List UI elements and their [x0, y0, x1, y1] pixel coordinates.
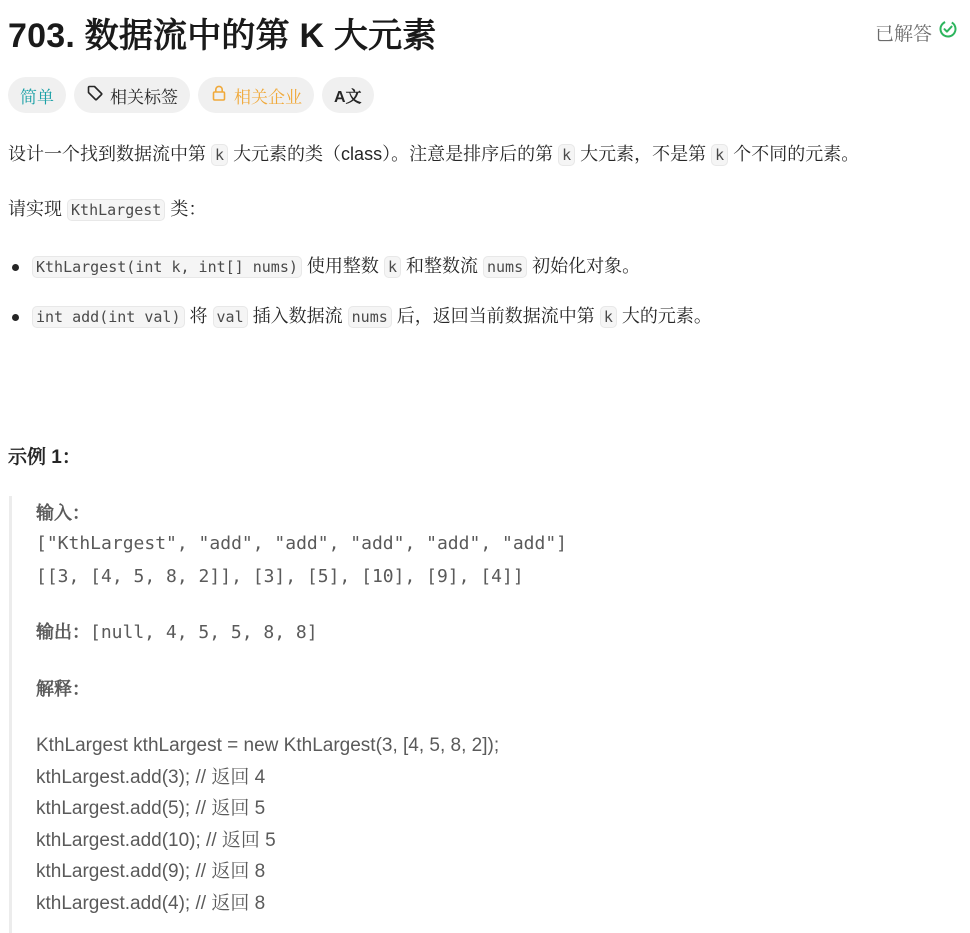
text: 和整数流	[406, 256, 478, 276]
output-label: 输出：	[36, 622, 90, 642]
explain-line: kthLargest.add(4); // 返回 8	[36, 888, 499, 920]
inline-code: val	[213, 306, 248, 328]
check-circle-icon	[938, 19, 958, 45]
problem-title[interactable]: 703. 数据流中的第 K 大元素	[8, 8, 436, 57]
example-title: 示例 1：	[8, 442, 81, 469]
related-companies-button[interactable]: 相关企业	[198, 77, 314, 113]
related-topics-button[interactable]: 相关标签	[74, 77, 190, 113]
inline-code: nums	[348, 306, 392, 328]
solved-status: 已解答	[875, 19, 958, 46]
text: 大元素的类（class）。注意是排序后的第	[233, 144, 553, 164]
inline-code: k	[711, 144, 728, 166]
text: 大元素，不是第	[580, 144, 706, 164]
related-companies-label: 相关企业	[234, 83, 302, 108]
title-row: 703. 数据流中的第 K 大元素 已解答	[8, 8, 960, 56]
tag-row: 简单 相关标签 相关企业 A文	[8, 77, 374, 113]
inline-code: nums	[483, 256, 527, 278]
explain-line: kthLargest.add(3); // 返回 4	[36, 762, 499, 794]
text: 大的元素。	[622, 306, 712, 326]
inline-code: int add(int val)	[32, 306, 185, 328]
text: 后，返回当前数据流中第	[397, 306, 595, 326]
explain-line: kthLargest.add(10); // 返回 5	[36, 825, 499, 857]
translate-button[interactable]: A文	[322, 77, 374, 113]
explain-label: 解释：	[36, 674, 90, 704]
inline-code: KthLargest(int k, int[] nums)	[32, 256, 302, 278]
difficulty-badge[interactable]: 简单	[8, 77, 66, 113]
text: 插入数据流	[253, 306, 343, 326]
inline-code: KthLargest	[67, 199, 165, 221]
inline-code: k	[600, 306, 617, 328]
text: 个不同的元素。	[733, 144, 859, 164]
example-block: 输入： ["KthLargest", "add", "add", "add", …	[9, 496, 959, 933]
problem-description: 设计一个找到数据流中第 k 大元素的类（class）。注意是排序后的第 k 大元…	[8, 138, 958, 350]
explain-line: kthLargest.add(9); // 返回 8	[36, 856, 499, 888]
text: 将	[190, 306, 208, 326]
related-topics-label: 相关标签	[110, 83, 178, 108]
explanation-lines: KthLargest kthLargest = new KthLargest(3…	[36, 730, 499, 919]
inline-code: k	[384, 256, 401, 278]
input-line-2: [[3, [4, 5, 8, 2]], [3], [5], [10], [9],…	[36, 562, 524, 592]
text: 使用整数	[307, 256, 379, 276]
text: 请实现	[8, 199, 62, 219]
translate-icon: A文	[334, 84, 362, 107]
tag-icon	[86, 84, 104, 107]
implement-paragraph: 请实现 KthLargest 类：	[8, 193, 958, 226]
text: 设计一个找到数据流中第	[8, 144, 206, 164]
method-list: KthLargest(int k, int[] nums) 使用整数 k 和整数…	[8, 250, 958, 333]
lock-icon	[210, 84, 228, 107]
output-row: 输出：[null, 4, 5, 5, 8, 8]	[36, 617, 318, 649]
explain-line: KthLargest kthLargest = new KthLargest(3…	[36, 730, 499, 762]
input-label: 输入：	[36, 498, 90, 528]
difficulty-label: 简单	[20, 83, 54, 108]
solved-label: 已解答	[875, 19, 932, 46]
text: 初始化对象。	[532, 256, 640, 276]
list-item: KthLargest(int k, int[] nums) 使用整数 k 和整数…	[8, 250, 958, 283]
description-paragraph: 设计一个找到数据流中第 k 大元素的类（class）。注意是排序后的第 k 大元…	[8, 138, 958, 171]
output-value: [null, 4, 5, 5, 8, 8]	[90, 622, 318, 643]
input-line-1: ["KthLargest", "add", "add", "add", "add…	[36, 529, 567, 559]
inline-code: k	[211, 144, 228, 166]
explain-line: kthLargest.add(5); // 返回 5	[36, 793, 499, 825]
list-item: int add(int val) 将 val 插入数据流 nums 后，返回当前…	[8, 300, 958, 333]
inline-code: k	[558, 144, 575, 166]
text: 类：	[170, 199, 206, 219]
